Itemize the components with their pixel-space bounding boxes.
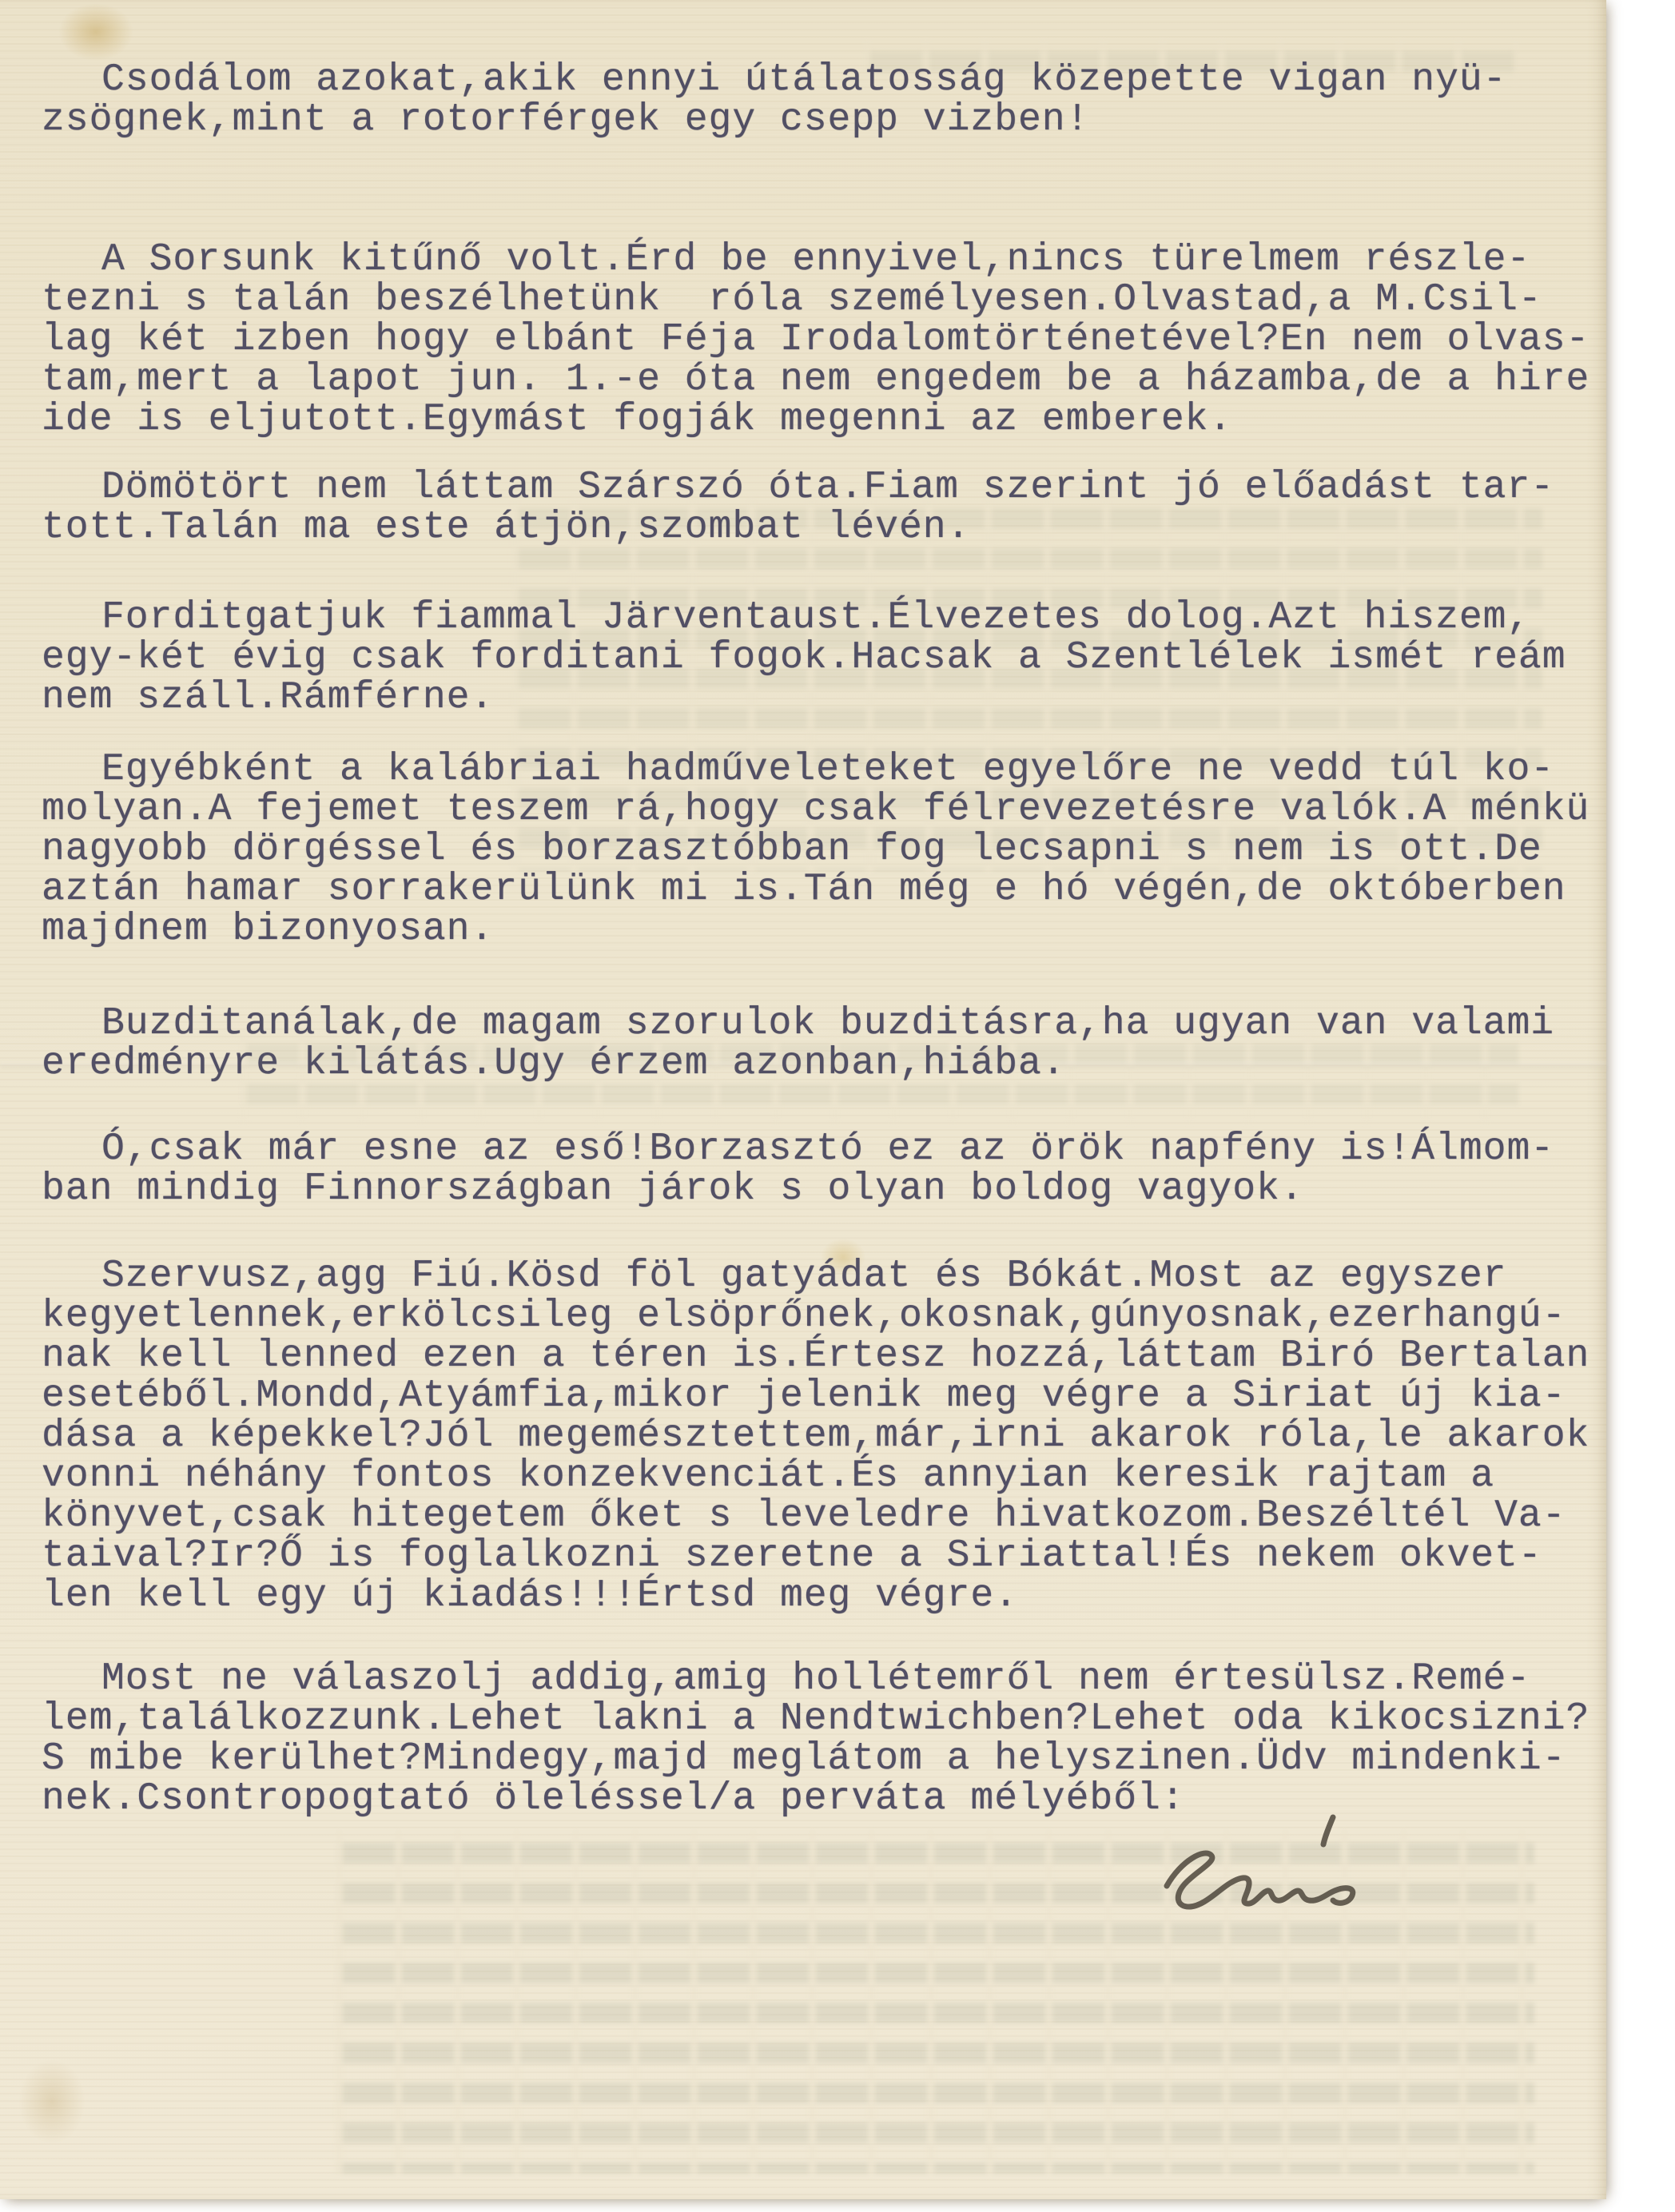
letter-line: Most ne válaszolj addig,amig hollétemről… [42, 1659, 1605, 1699]
letter-line: S mibe kerülhet?Mindegy,majd meglátom a … [42, 1739, 1605, 1779]
paragraph-5: Egyébként a kalábriai hadműveleteket egy… [42, 750, 1605, 949]
letter-line: nak kell lenned ezen a téren is.Értesz h… [42, 1336, 1605, 1376]
letter-line: Egyébként a kalábriai hadműveleteket egy… [42, 750, 1605, 790]
letter-line: Szervusz,agg Fiú.Kösd föl gatyádat és Bó… [42, 1256, 1605, 1296]
letter-line: tam,mert a lapot jun. 1.-e óta nem enged… [42, 360, 1605, 400]
letter-line: eredményre kilátás.Ugy érzem azonban,hiá… [42, 1044, 1605, 1084]
letter-line: Forditgatjuk fiammal Järventaust.Élvezet… [42, 598, 1605, 638]
letter-line: egy-két évig csak forditani fogok.Hacsak… [42, 638, 1605, 678]
paper-stain [8, 2046, 96, 2158]
letter-line: nagyobb dörgéssel és borzasztóbban fog l… [42, 829, 1605, 869]
letter-line: tezni s talán beszélhetünk róla személye… [42, 280, 1605, 320]
letter-line: Buzditanálak,de magam szorulok buzditásr… [42, 1004, 1605, 1044]
scanned-letter-page: Csodálom azokat,akik ennyi útálatosság k… [0, 0, 1675, 2212]
letter-line: A Sorsunk kitűnő volt.Érd be ennyivel,ni… [42, 240, 1605, 280]
letter-line: taival?Ir?Ő is foglalkozni szeretne a Si… [42, 1536, 1605, 1576]
letter-line: kegyetlennek,erkölcsileg elsöprőnek,okos… [42, 1296, 1605, 1336]
letter-line: tott.Talán ma este átjön,szombat lévén. [42, 507, 1605, 547]
letter-line: ide is eljutott.Egymást fogják megenni a… [42, 400, 1605, 440]
letter-line: esetéből.Mondd,Atyámfia,mikor jelenik me… [42, 1376, 1605, 1416]
paragraph-7: Ó,csak már esne az eső!Borzasztó ez az ö… [42, 1129, 1605, 1209]
letter-line: zsögnek,mint a rotorférgek egy csepp viz… [42, 100, 1605, 140]
letter-line: lag két izben hogy elbánt Féja Irodalomt… [42, 320, 1605, 360]
letter-line: majdnem bizonyosan. [42, 909, 1605, 949]
paragraph-9: Most ne válaszolj addig,amig hollétemről… [42, 1659, 1605, 1819]
signature-handwriting-icon [1143, 1812, 1430, 1940]
letter-line: Ó,csak már esne az eső!Borzasztó ez az ö… [42, 1129, 1605, 1169]
paragraph-8: Szervusz,agg Fiú.Kösd föl gatyádat és Bó… [42, 1256, 1605, 1616]
letter-line: molyan.A fejemet teszem rá,hogy csak fél… [42, 790, 1605, 829]
letter-line: aztán hamar sorrakerülünk mi is.Tán még … [42, 869, 1605, 909]
letter-line: len kell egy új kiadás!!!Értsd meg végre… [42, 1576, 1605, 1616]
signature: János [1143, 1812, 1430, 1940]
paragraph-2: A Sorsunk kitűnő volt.Érd be ennyivel,ni… [42, 240, 1605, 440]
letter-line: nem száll.Rámférne. [42, 678, 1605, 718]
paragraph-4: Forditgatjuk fiammal Järventaust.Élvezet… [42, 598, 1605, 718]
letter-line: ban mindig Finnországban járok s olyan b… [42, 1169, 1605, 1209]
letter-line: dása a képekkel?Jól megemésztettem,már,i… [42, 1416, 1605, 1456]
letter-paper: Csodálom azokat,akik ennyi útálatosság k… [0, 0, 1606, 2199]
paragraph-3: Dömötört nem láttam Szárszó óta.Fiam sze… [42, 467, 1605, 547]
letter-line: Dömötört nem láttam Szárszó óta.Fiam sze… [42, 467, 1605, 507]
letter-line: vonni néhány fontos konzekvenciát.És ann… [42, 1456, 1605, 1496]
letter-line: Csodálom azokat,akik ennyi útálatosság k… [42, 60, 1605, 100]
letter-line: lem,találkozzunk.Lehet lakni a Nendtwich… [42, 1699, 1605, 1739]
paragraph-1: Csodálom azokat,akik ennyi útálatosság k… [42, 60, 1605, 140]
paragraph-6: Buzditanálak,de magam szorulok buzditásr… [42, 1004, 1605, 1084]
letter-line: könyvet,csak hitegetem őket s leveledre … [42, 1496, 1605, 1536]
